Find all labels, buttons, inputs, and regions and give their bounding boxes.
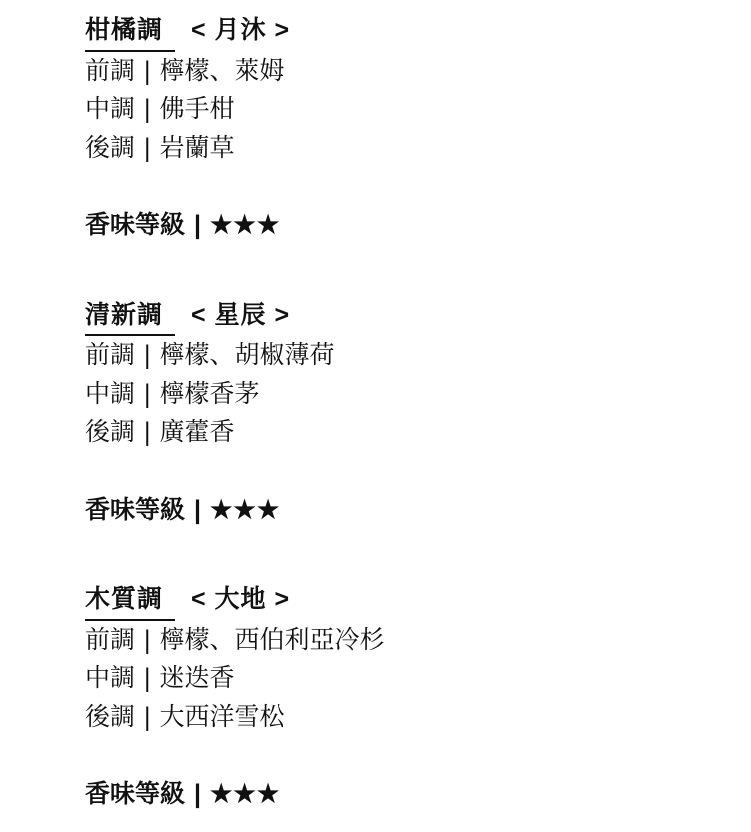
note-label: 後調: [85, 418, 135, 446]
note-value: 岩蘭草: [160, 134, 235, 162]
note-value: 檸檬、萊姆: [160, 57, 285, 85]
section-header: 清新調< 星辰 >: [85, 296, 751, 337]
divider: |: [194, 490, 201, 531]
category-title: 清新調: [85, 296, 175, 337]
section-header: 柑橘調< 月沐 >: [85, 11, 751, 52]
note-label: 後調: [85, 134, 135, 162]
rating-label: 香味等級: [85, 780, 185, 808]
fragrance-section-citrus: 柑橘調< 月沐 > 前調|檸檬、萊姆 中調|佛手柑 後調|岩蘭草 香味等級|★★…: [85, 11, 751, 245]
rating-stars: ★★★: [210, 211, 280, 239]
note-value: 檸檬、胡椒薄荷: [160, 341, 335, 369]
note-row-middle: 中調|檸檬香茅: [85, 375, 751, 414]
rating-row: 香味等級|★★★: [85, 775, 751, 814]
divider: |: [144, 697, 151, 738]
divider: |: [144, 412, 151, 453]
rating-row: 香味等級|★★★: [85, 206, 751, 245]
divider: |: [144, 335, 151, 376]
divider: |: [194, 774, 201, 815]
note-value: 檸檬、西伯利亞冷杉: [160, 626, 385, 654]
divider: |: [144, 658, 151, 699]
divider: |: [144, 620, 151, 661]
note-value: 迷迭香: [160, 664, 235, 692]
divider: |: [194, 205, 201, 246]
section-header: 木質調< 大地 >: [85, 580, 751, 621]
category-title: 柑橘調: [85, 11, 175, 52]
note-row-top: 前調|檸檬、西伯利亞冷杉: [85, 621, 751, 660]
note-value: 佛手柑: [160, 95, 235, 123]
rating-row: 香味等級|★★★: [85, 491, 751, 530]
rating-stars: ★★★: [210, 780, 280, 808]
rating-stars: ★★★: [210, 496, 280, 524]
note-row-middle: 中調|佛手柑: [85, 90, 751, 129]
divider: |: [144, 89, 151, 130]
fragrance-section-woody: 木質調< 大地 > 前調|檸檬、西伯利亞冷杉 中調|迷迭香 後調|大西洋雪松 香…: [85, 580, 751, 814]
note-label: 中調: [85, 380, 135, 408]
scent-name: < 大地 >: [191, 585, 290, 613]
rating-label: 香味等級: [85, 496, 185, 524]
rating-label: 香味等級: [85, 211, 185, 239]
note-value: 大西洋雪松: [160, 703, 285, 731]
note-label: 前調: [85, 341, 135, 369]
note-value: 廣藿香: [160, 418, 235, 446]
note-row-base: 後調|岩蘭草: [85, 129, 751, 168]
note-label: 前調: [85, 57, 135, 85]
divider: |: [144, 128, 151, 169]
note-label: 前調: [85, 626, 135, 654]
category-title: 木質調: [85, 580, 175, 621]
scent-name: < 星辰 >: [191, 301, 290, 329]
note-row-top: 前調|檸檬、胡椒薄荷: [85, 336, 751, 375]
note-label: 中調: [85, 95, 135, 123]
note-row-base: 後調|廣藿香: [85, 413, 751, 452]
divider: |: [144, 374, 151, 415]
note-value: 檸檬香茅: [160, 380, 260, 408]
scent-name: < 月沐 >: [191, 16, 290, 44]
note-label: 後調: [85, 703, 135, 731]
note-label: 中調: [85, 664, 135, 692]
note-row-middle: 中調|迷迭香: [85, 659, 751, 698]
divider: |: [144, 51, 151, 92]
note-row-base: 後調|大西洋雪松: [85, 698, 751, 737]
fragrance-section-fresh: 清新調< 星辰 > 前調|檸檬、胡椒薄荷 中調|檸檬香茅 後調|廣藿香 香味等級…: [85, 296, 751, 530]
note-row-top: 前調|檸檬、萊姆: [85, 52, 751, 91]
